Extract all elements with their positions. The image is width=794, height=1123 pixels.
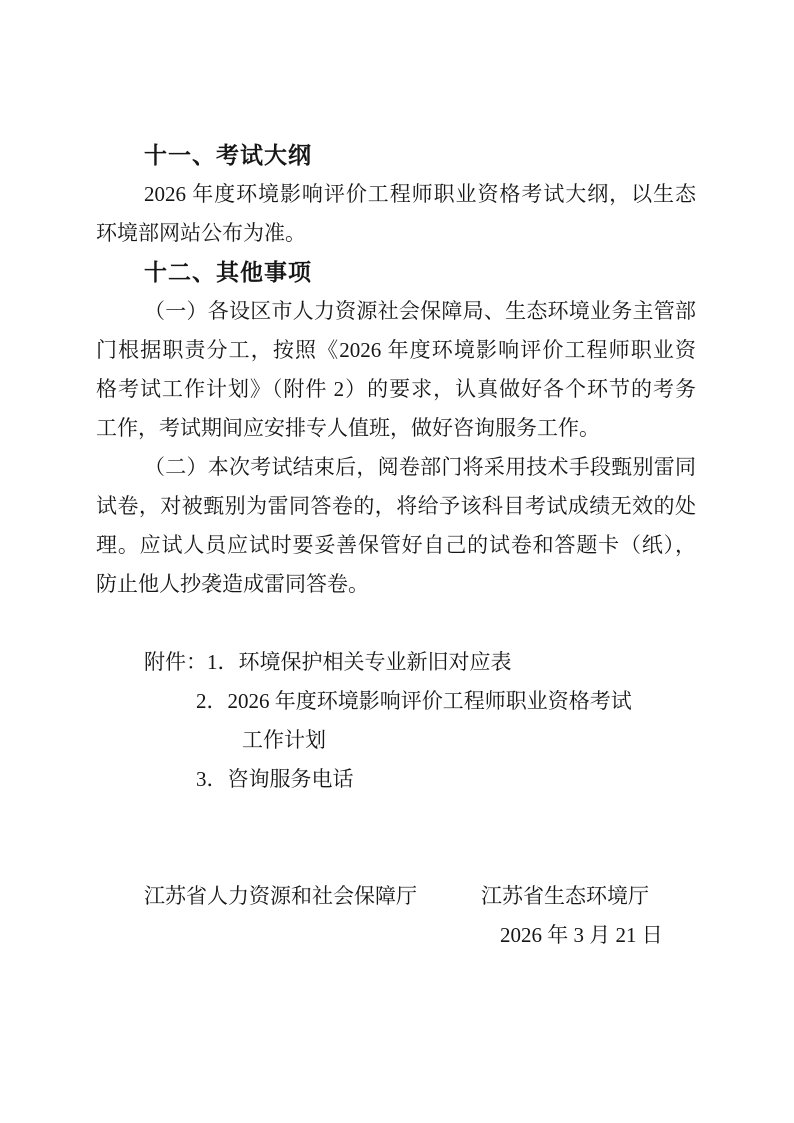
document-content: 十一、考试大纲 2026 年度环境影响评价工程师职业资格考试大纲，以生态 环境部… [96, 0, 696, 955]
section-12-para-1-line-3: 格考试工作计划》（附件 2）的要求，认真做好各个环节的考务 [96, 370, 696, 409]
document-page: 十一、考试大纲 2026 年度环境影响评价工程师职业资格考试大纲，以生态 环境部… [0, 0, 794, 1123]
section-12-para-1-line-2: 门根据职责分工，按照《2026 年度环境影响评价工程师职业资 [96, 331, 696, 370]
section-11-heading: 十一、考试大纲 [96, 136, 696, 175]
attachments-line-1: 附件：1．环境保护相关专业新旧对应表 [96, 643, 696, 682]
section-11-body-line-1: 2026 年度环境影响评价工程师职业资格考试大纲，以生态 [96, 175, 696, 214]
blank-line [96, 604, 696, 643]
section-12-para-2-line-3: 理。应试人员应试时要妥善保管好自己的试卷和答题卡（纸）， [96, 526, 696, 565]
section-12-heading: 十二、其他事项 [96, 253, 696, 292]
issue-date: 2026 年 3 月 21 日 [96, 916, 696, 955]
signature-left-org: 江苏省人力资源和社会保障厅 [144, 884, 417, 908]
section-12-para-1-line-4: 工作，考试期间应安排专人值班，做好咨询服务工作。 [96, 409, 696, 448]
section-11-body-line-2: 环境部网站公布为准。 [96, 214, 696, 253]
section-12-para-2-line-4: 防止他人抄袭造成雷同答卷。 [96, 565, 696, 604]
section-12-para-2-line-2: 试卷，对被甄别为雷同答卷的，将给予该科目考试成绩无效的处 [96, 487, 696, 526]
signature-right-org: 江苏省生态环境厅 [481, 884, 649, 908]
attachments-line-3: 工作计划 [96, 721, 696, 760]
attachments-line-2: 2．2026 年度环境影响评价工程师职业资格考试 [96, 682, 696, 721]
blank-lines [96, 799, 696, 877]
signature-row: 江苏省人力资源和社会保障厅江苏省生态环境厅 [96, 877, 696, 916]
attachments-line-4: 3．咨询服务电话 [96, 760, 696, 799]
section-12-para-2-line-1: （二）本次考试结束后，阅卷部门将采用技术手段甄别雷同 [96, 448, 696, 487]
section-12-para-1-line-1: （一）各设区市人力资源社会保障局、生态环境业务主管部 [96, 292, 696, 331]
